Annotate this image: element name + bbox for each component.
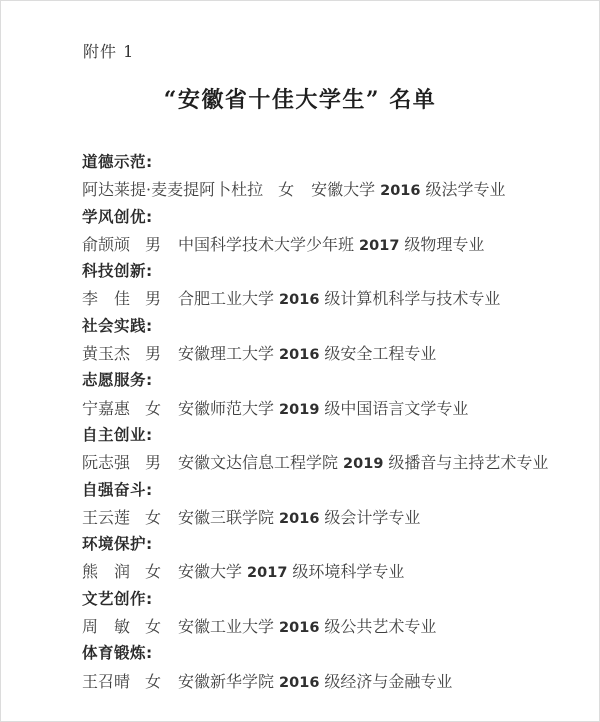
student-gender: 男	[145, 344, 161, 363]
student-major: 级法学专业	[425, 180, 505, 199]
student-gender: 女	[145, 508, 161, 527]
student-major: 级中国语言文学专业	[324, 399, 468, 418]
student-gender: 男	[145, 453, 161, 472]
category-block: 道德示范: 阿达莱提·麦麦提阿卜杜拉女安徽大学2016级法学专业	[82, 149, 549, 204]
student-name: 黄玉杰	[82, 344, 130, 363]
student-school: 安徽工业大学	[178, 617, 274, 636]
category-heading: 道德示范:	[82, 149, 549, 176]
enrollment-year: 2017	[359, 238, 399, 254]
category-heading: 环境保护:	[82, 531, 549, 558]
category-block: 体育锻炼: 王召晴女安徽新华学院2016级经济与金融专业	[82, 640, 549, 695]
category-block: 志愿服务: 宁嘉惠女安徽师范大学2019级中国语言文学专业	[82, 367, 549, 422]
enrollment-year: 2016	[279, 620, 319, 636]
student-name: 阿达莱提·麦麦提阿卜杜拉	[82, 180, 263, 199]
category-block: 自强奋斗: 王云莲女安徽三联学院2016级会计学专业	[82, 477, 549, 532]
student-name: 王召晴	[82, 672, 130, 691]
student-entry: 宁嘉惠女安徽师范大学2019级中国语言文学专业	[82, 395, 549, 422]
student-school: 安徽理工大学	[178, 344, 274, 363]
student-gender: 女	[145, 617, 161, 636]
category-heading: 学风创优:	[82, 204, 549, 231]
student-school: 安徽大学	[178, 562, 242, 581]
student-major: 级会计学专业	[324, 508, 420, 527]
enrollment-year: 2016	[380, 183, 420, 199]
category-block: 环境保护: 熊 润女安徽大学2017级环境科学专业	[82, 531, 549, 586]
category-heading: 文艺创作:	[82, 586, 549, 613]
attachment-label: 附件 1	[83, 41, 134, 63]
category-block: 自主创业: 阮志强男安徽文达信息工程学院2019级播音与主持艺术专业	[82, 422, 549, 477]
student-major: 级安全工程专业	[324, 344, 436, 363]
student-name: 李 佳	[82, 289, 130, 308]
student-gender: 男	[145, 289, 161, 308]
student-school: 安徽新华学院	[178, 672, 274, 691]
enrollment-year: 2016	[279, 675, 319, 691]
student-name: 宁嘉惠	[82, 399, 130, 418]
enrollment-year: 2019	[279, 402, 319, 418]
student-major: 级播音与主持艺术专业	[388, 453, 548, 472]
category-block: 科技创新: 李 佳男合肥工业大学2016级计算机科学与技术专业	[82, 258, 549, 313]
category-block: 文艺创作: 周 敏女安徽工业大学2016级公共艺术专业	[82, 586, 549, 641]
student-entry: 王云莲女安徽三联学院2016级会计学专业	[82, 504, 549, 531]
student-major: 级物理专业	[404, 235, 484, 254]
category-heading: 社会实践:	[82, 313, 549, 340]
student-school: 合肥工业大学	[178, 289, 274, 308]
category-block: 学风创优: 俞颉颃男中国科学技术大学少年班2017级物理专业	[82, 204, 549, 259]
student-major: 级经济与金融专业	[324, 672, 452, 691]
student-school: 安徽师范大学	[178, 399, 274, 418]
category-heading: 自强奋斗:	[82, 477, 549, 504]
student-major: 级计算机科学与技术专业	[324, 289, 500, 308]
student-entry: 阿达莱提·麦麦提阿卜杜拉女安徽大学2016级法学专业	[82, 176, 549, 203]
student-gender: 女	[145, 672, 161, 691]
student-gender: 女	[145, 562, 161, 581]
student-school: 安徽三联学院	[178, 508, 274, 527]
student-major: 级公共艺术专业	[324, 617, 436, 636]
award-list: 道德示范: 阿达莱提·麦麦提阿卜杜拉女安徽大学2016级法学专业 学风创优: 俞…	[82, 149, 549, 695]
student-gender: 男	[145, 235, 161, 254]
category-heading: 志愿服务:	[82, 367, 549, 394]
student-entry: 阮志强男安徽文达信息工程学院2019级播音与主持艺术专业	[82, 449, 549, 476]
student-entry: 黄玉杰男安徽理工大学2016级安全工程专业	[82, 340, 549, 367]
student-name: 熊 润	[82, 562, 130, 581]
student-gender: 女	[145, 399, 161, 418]
student-name: 阮志强	[82, 453, 130, 472]
student-entry: 李 佳男合肥工业大学2016级计算机科学与技术专业	[82, 285, 549, 312]
student-school: 安徽文达信息工程学院	[178, 453, 338, 472]
enrollment-year: 2016	[279, 347, 319, 363]
student-name: 周 敏	[82, 617, 130, 636]
student-school: 中国科学技术大学少年班	[178, 235, 354, 254]
page-title: “安徽省十佳大学生” 名单	[1, 85, 599, 115]
category-heading: 体育锻炼:	[82, 640, 549, 667]
enrollment-year: 2017	[247, 565, 287, 581]
enrollment-year: 2016	[279, 511, 319, 527]
student-entry: 王召晴女安徽新华学院2016级经济与金融专业	[82, 668, 549, 695]
enrollment-year: 2016	[279, 292, 319, 308]
category-block: 社会实践: 黄玉杰男安徽理工大学2016级安全工程专业	[82, 313, 549, 368]
student-entry: 熊 润女安徽大学2017级环境科学专业	[82, 558, 549, 585]
student-gender: 女	[278, 180, 294, 199]
student-name: 王云莲	[82, 508, 130, 527]
student-entry: 俞颉颃男中国科学技术大学少年班2017级物理专业	[82, 231, 549, 258]
student-entry: 周 敏女安徽工业大学2016级公共艺术专业	[82, 613, 549, 640]
category-heading: 科技创新:	[82, 258, 549, 285]
student-school: 安徽大学	[311, 180, 375, 199]
document-page: 附件 1 “安徽省十佳大学生” 名单 道德示范: 阿达莱提·麦麦提阿卜杜拉女安徽…	[0, 0, 600, 722]
student-name: 俞颉颃	[82, 235, 130, 254]
category-heading: 自主创业:	[82, 422, 549, 449]
student-major: 级环境科学专业	[292, 562, 404, 581]
enrollment-year: 2019	[343, 456, 383, 472]
